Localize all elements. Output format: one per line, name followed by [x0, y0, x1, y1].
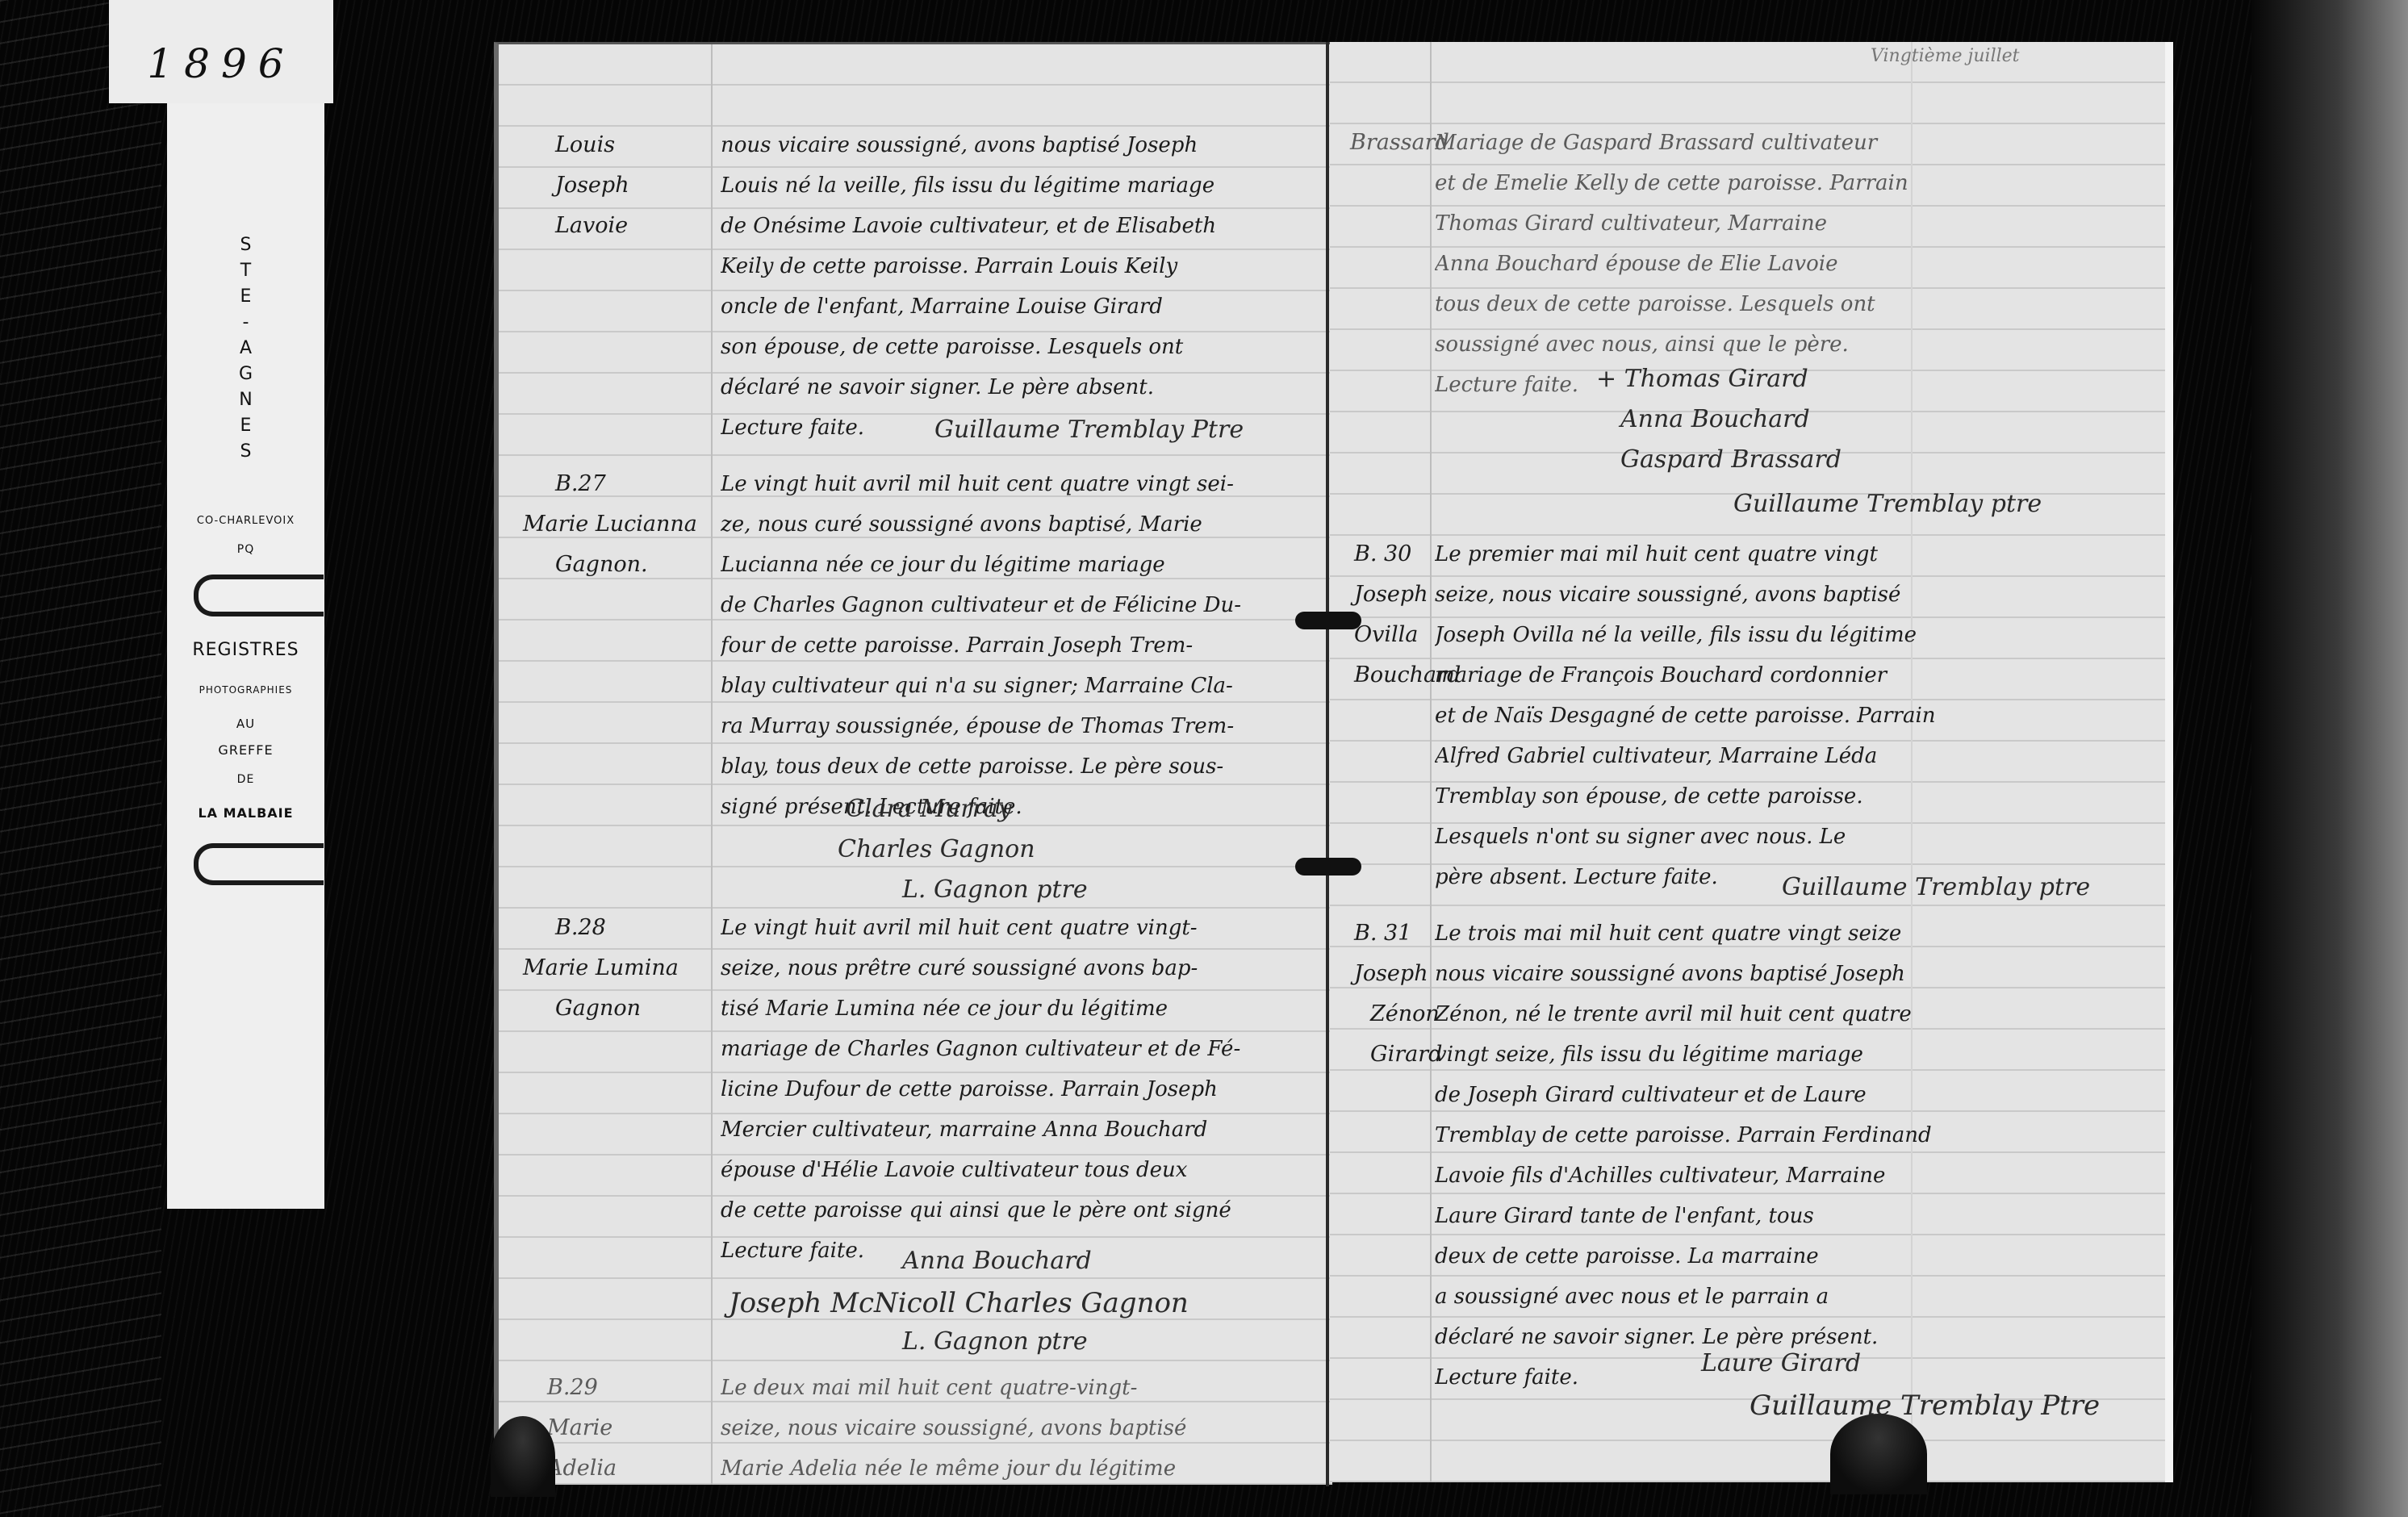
entry-line: Alfred Gabriel cultivateur, Marraine Léd…: [1435, 736, 2048, 776]
signature: Guillaume Tremblay ptre: [1782, 873, 2090, 901]
province-label: PQ: [167, 543, 324, 556]
registry-line: PHOTOGRAPHIES: [167, 684, 324, 696]
margin-name-line: Marie Lucianna: [523, 504, 697, 545]
signature: Laure Girard: [1701, 1349, 1861, 1377]
margin-name-line: Joseph: [1354, 954, 1442, 994]
entry-line: de Joseph Girard cultivateur et de Laure: [1435, 1075, 2056, 1115]
entry-line: Le deux mai mil huit cent quatre-vingt-: [721, 1368, 1318, 1408]
register-entry: nous vicaire soussigné, avons baptisé Jo…: [721, 125, 1318, 448]
register-entry: Mariage de Gaspard Brassard cultivateur …: [1435, 123, 2016, 405]
register-entry: Le trois mai mil huit cent quatre vingt …: [1435, 913, 2056, 1398]
entry-line: de Onésime Lavoie cultivateur, et de Eli…: [721, 206, 1318, 246]
registry-line: LA MALBAIE: [167, 805, 324, 821]
register-label-strip: S T E - A G N E S CO-CHARLEVOIX PQ REGIS…: [167, 103, 324, 1209]
signature: + Thomas Girard: [1596, 365, 1808, 393]
signature: Gaspard Brassard: [1620, 445, 1842, 474]
margin-rule: [1430, 42, 1432, 1482]
register-entry: Le vingt huit avril mil huit cent quatre…: [721, 908, 1326, 1271]
entry-line: Tremblay son épouse, de cette paroisse.: [1435, 776, 2048, 817]
entry-line: nous vicaire soussigné, avons baptisé Jo…: [721, 125, 1318, 165]
entry-line: Mercier cultivateur, marraine Anna Bouch…: [721, 1110, 1326, 1150]
signature: Charles Gagnon: [838, 835, 1035, 863]
signature: Anna Bouchard: [1620, 405, 1810, 433]
book-spine: [1326, 42, 1329, 1486]
parish-letter: E: [167, 413, 324, 439]
film-scratches: [0, 0, 161, 1517]
entry-line: Thomas Girard cultivateur, Marraine: [1435, 203, 2016, 244]
parish-letter: -: [167, 310, 324, 336]
entry-line: soussigné avec nous, ainsi que le père.: [1435, 324, 2016, 365]
entry-line: blay cultivateur qui n'a su signer; Marr…: [721, 666, 1326, 706]
margin-name: B.29 Marie Adelia: [547, 1368, 617, 1489]
entry-line: signé présent. Lecture faite.: [721, 787, 1326, 827]
binding-clip-icon: [1295, 858, 1361, 876]
entry-line: Le premier mai mil huit cent quatre ving…: [1435, 534, 2048, 575]
register-entry: Le premier mai mil huit cent quatre ving…: [1435, 534, 2048, 897]
entry-number: B.27: [523, 464, 697, 504]
margin-name-line: Adelia: [547, 1448, 617, 1489]
signature: Guillaume Tremblay ptre: [1733, 490, 2042, 518]
entry-line: mariage de Charles Gagnon cultivateur et…: [721, 1029, 1326, 1069]
entry-line: ra Murray soussignée, épouse de Thomas T…: [721, 706, 1326, 746]
thumb-shadow: [1830, 1414, 1927, 1494]
entry-line: deux de cette paroisse. La marraine: [1435, 1236, 2056, 1277]
entry-line: tisé Marie Lumina née ce jour du légitim…: [721, 988, 1326, 1029]
entry-line: Tremblay de cette paroisse. Parrain Ferd…: [1435, 1115, 2056, 1156]
entry-number: B.28: [523, 908, 679, 948]
entry-line: oncle de l'enfant, Marraine Louise Girar…: [721, 286, 1318, 327]
entry-line: Lucianna née ce jour du légitime mariage: [721, 545, 1326, 585]
year-text: 1896: [109, 40, 333, 87]
signature: L. Gagnon ptre: [902, 876, 1088, 904]
registry-line: DE: [167, 773, 324, 786]
entry-line: mariage de François Bouchard cordonnier: [1435, 655, 2048, 696]
entry-line: vingt seize, fils issu du légitime maria…: [1435, 1034, 2056, 1075]
entry-line: seize, nous vicaire soussigné, avons bap…: [1435, 575, 2048, 615]
entry-line: a soussigné avec nous et le parrain a: [1435, 1277, 2056, 1317]
entry-line: Laure Girard tante de l'enfant, tous: [1435, 1196, 2056, 1236]
parish-letter: G: [167, 361, 324, 387]
left-page: Louis Joseph Lavoie nous vicaire soussig…: [494, 42, 1332, 1485]
entry-line: Anna Bouchard épouse de Elie Lavoie: [1435, 244, 2016, 284]
margin-name-line: Gagnon.: [523, 545, 697, 585]
signature: Guillaume Tremblay Ptre: [934, 416, 1244, 444]
entry-line: tous deux de cette paroisse. Lesquels on…: [1435, 284, 2016, 324]
parish-letter: T: [167, 258, 324, 284]
right-page: Vingtième juillet Brassard Mariage de Ga…: [1330, 42, 2173, 1482]
registry-line: GREFFE: [167, 742, 324, 758]
margin-name-line: Gagnon: [523, 988, 679, 1029]
signature: Anna Bouchard: [902, 1247, 1092, 1275]
signature: Joseph McNicoll Charles Gagnon: [729, 1287, 1189, 1319]
margin-name-line: Louis: [555, 125, 629, 165]
entry-line: blay, tous deux de cette paroisse. Le pè…: [721, 746, 1326, 787]
margin-name-line: Marie Lumina: [523, 948, 679, 988]
parish-letter: N: [167, 387, 324, 413]
film-edge: [2251, 0, 2408, 1517]
margin-name: B.27 Marie Lucianna Gagnon.: [523, 464, 697, 585]
parish-letter: A: [167, 336, 324, 361]
entry-line: Mariage de Gaspard Brassard cultivateur: [1435, 123, 2016, 163]
entry-line: Lesquels n'ont su signer avec nous. Le: [1435, 817, 2048, 857]
margin-name: Louis Joseph Lavoie: [555, 125, 629, 246]
entry-line: épouse d'Hélie Lavoie cultivateur tous d…: [721, 1150, 1326, 1190]
register-entry: Le deux mai mil huit cent quatre-vingt- …: [721, 1368, 1318, 1489]
margin-name-line: Girard: [1354, 1034, 1442, 1075]
parish-letter: E: [167, 284, 324, 310]
county-label: CO-CHARLEVOIX: [167, 515, 324, 527]
entry-number: B. 31: [1354, 913, 1442, 954]
entry-line: Lavoie fils d'Achilles cultivateur, Marr…: [1435, 1156, 2056, 1196]
entry-line: Le vingt huit avril mil huit cent quatre…: [721, 464, 1326, 504]
margin-name: B.28 Marie Lumina Gagnon: [523, 908, 679, 1029]
entry-line: seize, nous vicaire soussigné, avons bap…: [721, 1408, 1318, 1448]
entry-line: et de Emelie Kelly de cette paroisse. Pa…: [1435, 163, 2016, 203]
page-corner-note: Vingtième juillet: [1871, 46, 2020, 66]
entry-line: nous vicaire soussigné avons baptisé Jos…: [1435, 954, 2056, 994]
parish-name-vertical: S T E - A G N E S: [167, 232, 324, 465]
margin-name: B. 31 Joseph Zénon Girard: [1354, 913, 1442, 1075]
margin-name-line: Zénon: [1354, 994, 1442, 1034]
entry-line: déclaré ne savoir signer. Le père absent…: [721, 367, 1318, 407]
entry-line: Zénon, né le trente avril mil huit cent …: [1435, 994, 2056, 1034]
entry-line: licine Dufour de cette paroisse. Parrain…: [721, 1069, 1326, 1110]
entry-line: ze, nous curé soussigné avons baptisé, M…: [721, 504, 1326, 545]
entry-line: de Charles Gagnon cultivateur et de Féli…: [721, 585, 1326, 625]
year-label: 1896: [109, 0, 333, 103]
signature: L. Gagnon ptre: [902, 1327, 1088, 1356]
margin-name-line: Joseph: [555, 165, 629, 206]
entry-number: B.29: [547, 1368, 617, 1408]
entry-line: Louis né la veille, fils issu du légitim…: [721, 165, 1318, 206]
entry-line: seize, nous prêtre curé soussigné avons …: [721, 948, 1326, 988]
entry-line: et de Naïs Desgagné de cette paroisse. P…: [1435, 696, 2048, 736]
margin-name-line: Marie: [547, 1408, 617, 1448]
entry-line: four de cette paroisse. Parrain Joseph T…: [721, 625, 1326, 666]
entry-line: Joseph Ovilla né la veille, fils issu du…: [1435, 615, 2048, 655]
entry-line: Marie Adelia née le même jour du légitim…: [721, 1448, 1318, 1489]
paper-clip-icon: [194, 843, 324, 885]
entry-line: son épouse, de cette paroisse. Lesquels …: [721, 327, 1318, 367]
entry-line: de cette paroisse qui ainsi que le père …: [721, 1190, 1326, 1231]
signature: Clara Murray: [846, 795, 1012, 823]
entry-line: Keily de cette paroisse. Parrain Louis K…: [721, 246, 1318, 286]
registry-line: AU: [167, 717, 324, 731]
entry-line: Le trois mai mil huit cent quatre vingt …: [1435, 913, 2056, 954]
registry-line: REGISTRES: [167, 640, 324, 660]
parish-letter: S: [167, 232, 324, 258]
thumb-shadow: [491, 1416, 555, 1497]
binding-clip-icon: [1295, 612, 1361, 629]
register-entry: Le vingt huit avril mil huit cent quatre…: [721, 464, 1326, 827]
parish-letter: S: [167, 439, 324, 465]
signature: Guillaume Tremblay Ptre: [1750, 1390, 2100, 1422]
margin-name-line: Lavoie: [555, 206, 629, 246]
margin-rule: [711, 44, 713, 1485]
entry-line: Le vingt huit avril mil huit cent quatre…: [721, 908, 1326, 948]
paper-clip-icon: [194, 575, 324, 616]
